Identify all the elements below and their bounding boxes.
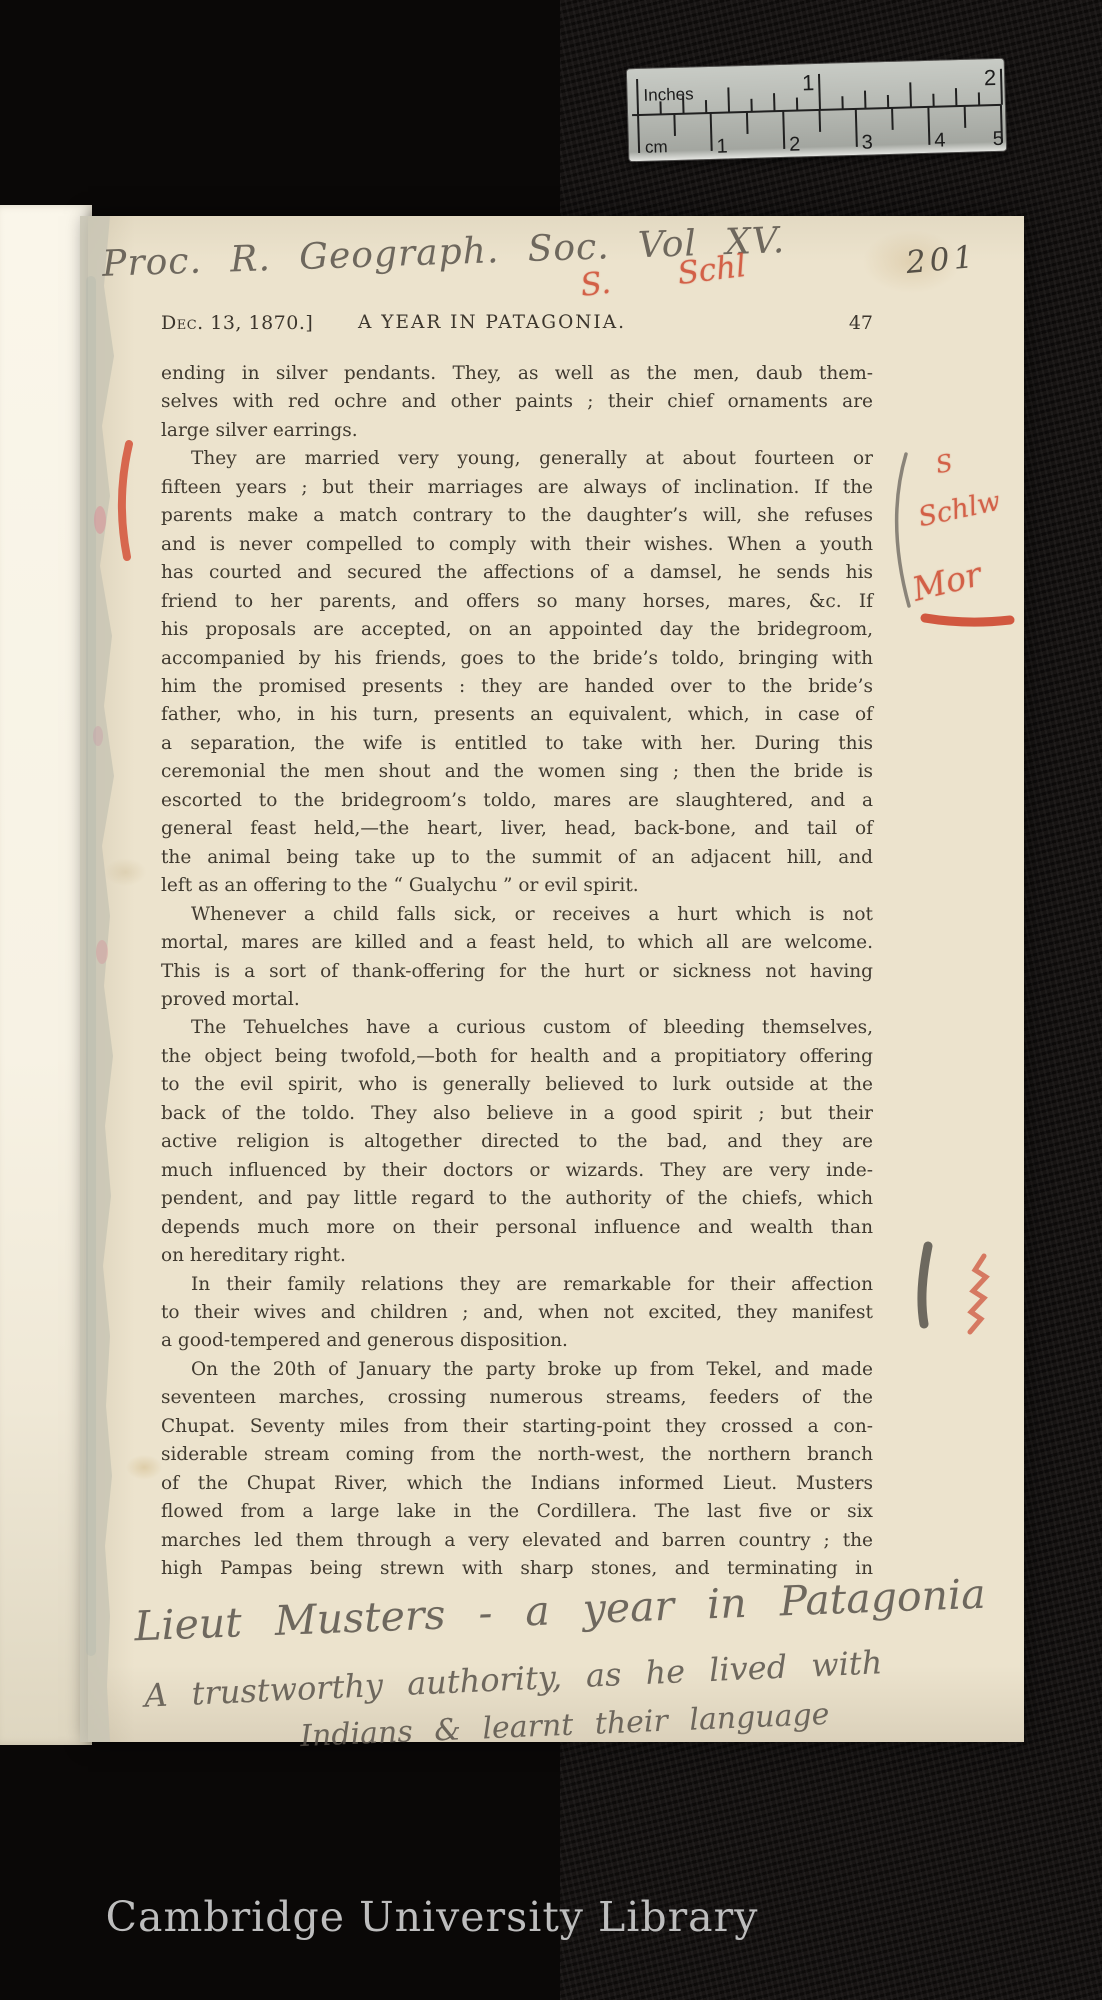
text-line: back of the toldo. They also believe in … — [161, 1100, 873, 1128]
facing-page-edge — [0, 205, 92, 1745]
printed-body-text: ending in silver pendants. They, as well… — [161, 360, 873, 1583]
text-line: his proposals are accepted, on an appoin… — [161, 616, 873, 644]
text-line: on hereditary right. — [161, 1242, 873, 1270]
text-line: a separation, the wife is entitled to ta… — [161, 730, 873, 758]
text-line: escorted to the bridegroom’s toldo, mare… — [161, 787, 873, 815]
ruler-tick — [783, 111, 784, 149]
text-line: a good-tempered and generous disposition… — [161, 1327, 873, 1355]
text-line: Chupat. Seventy miles from their startin… — [161, 1413, 873, 1441]
text-line: much influenced by their doctors or wiza… — [161, 1157, 873, 1185]
pencil-bracket-right-margin — [897, 454, 909, 606]
ruler-inches-label: Inches — [643, 84, 694, 104]
pink-speck — [96, 940, 108, 964]
text-line: to their wives and children ; and, when … — [161, 1299, 873, 1327]
text-line: selves with red ochre and other paints ;… — [161, 388, 873, 416]
text-line: marches led them through a very elevated… — [161, 1527, 873, 1555]
red-margin-note-3: Mor — [908, 554, 985, 609]
text-line: This is a sort of thank-offering for the… — [161, 958, 873, 986]
ruler-tick — [674, 114, 675, 136]
ruler-number: 4 — [934, 129, 946, 151]
text-line: pendent, and pay little regard to the au… — [161, 1185, 873, 1213]
ruler-number: 2 — [984, 65, 997, 90]
ruler-number: 2 — [789, 133, 801, 155]
ruler-number: 3 — [861, 131, 873, 153]
text-line: flowed from a large lake in the Cordille… — [161, 1498, 873, 1526]
ruler-tick — [819, 110, 820, 132]
ruler-tick — [747, 112, 748, 134]
pencil-folio-number: 201 — [905, 239, 979, 281]
ruler-tick — [910, 82, 911, 107]
text-line: to the evil spirit, who is generally bel… — [161, 1071, 873, 1099]
text-line: seventeen marches, crossing numerous str… — [161, 1384, 873, 1412]
text-line: ceremonial the men shout and the women s… — [161, 758, 873, 786]
deckle-blue-streak — [86, 276, 96, 1656]
red-squiggle-right-margin — [970, 1256, 986, 1332]
pink-speck — [94, 506, 106, 534]
ruler-tick — [865, 91, 866, 109]
pink-speck — [93, 726, 103, 746]
text-line: ending in silver pendants. They, as well… — [161, 360, 873, 388]
header-title: A YEAR IN PATAGONIA. — [161, 312, 823, 333]
red-margin-note-2: Schlw — [916, 486, 1003, 534]
text-line: general feast held,—the heart, liver, he… — [161, 815, 873, 843]
ruler-tick — [1001, 69, 1002, 105]
ruler-tick — [632, 105, 1001, 115]
ruler-tick — [774, 93, 775, 111]
ruler-tick — [956, 88, 957, 106]
text-line: accompanied by his friends, goes to the … — [161, 645, 873, 673]
ruler-tick — [637, 79, 638, 115]
photographic-scale-ruler: Inches cm 1212345 — [627, 59, 1006, 161]
text-line: parents make a match contrary to the dau… — [161, 502, 873, 530]
text-line: friend to her parents, and offers so man… — [161, 588, 873, 616]
torn-page-edge — [80, 216, 124, 1742]
ruler-scale: Inches cm 1212345 — [627, 59, 1006, 161]
text-line: and is never compelled to comply with th… — [161, 531, 873, 559]
text-line: On the 20th of January the party broke u… — [161, 1356, 873, 1384]
ruler-tick — [728, 87, 729, 112]
document-page: Proc. R. Geograph. Soc. Vol XV. S. Schl … — [88, 216, 1024, 1742]
text-line: active religion is altogether directed t… — [161, 1128, 873, 1156]
text-line: proved mortal. — [161, 986, 873, 1014]
ruler-tick — [928, 107, 929, 145]
text-line: depends much more on their personal infl… — [161, 1214, 873, 1242]
ruler-tick — [819, 74, 820, 110]
ruler-tick — [892, 108, 893, 130]
ruler-tick — [965, 106, 966, 128]
ruler-number: 5 — [992, 128, 1004, 150]
text-line: In their family relations they are remar… — [161, 1271, 873, 1299]
text-line: the object being twofold,—both for healt… — [161, 1043, 873, 1071]
printed-running-header: Dec. 13, 1870.] A YEAR IN PATAGONIA. 47 — [161, 312, 873, 338]
ruler-number: 1 — [802, 70, 815, 95]
text-line: left as an offering to the “ Gualychu ” … — [161, 872, 873, 900]
ruler-tick — [683, 96, 684, 114]
text-line: father, who, in his turn, presents an eq… — [161, 701, 873, 729]
text-line: They are married very young, generally a… — [161, 445, 873, 473]
pencil-stroke-right-margin — [922, 1246, 928, 1324]
ruler-tick — [638, 115, 639, 153]
red-underline-right-margin — [925, 618, 1010, 622]
ruler-tick — [856, 109, 857, 147]
library-scan-scene: Inches cm 1212345 Proc. R. Geograph. Soc… — [0, 0, 1102, 2000]
text-line: him the promised presents : they are han… — [161, 673, 873, 701]
ruler-cm-label: cm — [645, 137, 668, 157]
red-margin-note-1: S — [934, 449, 955, 479]
text-line: the animal being take up to the summit o… — [161, 844, 873, 872]
header-page-number: 47 — [849, 312, 873, 334]
text-line: large silver earrings. — [161, 417, 873, 445]
text-line: Whenever a child falls sick, or receives… — [161, 901, 873, 929]
ruler-number: 1 — [716, 135, 728, 157]
text-line: The Tehuelches have a curious custom of … — [161, 1014, 873, 1042]
text-line: mortal, mares are killed and a feast hel… — [161, 929, 873, 957]
library-watermark: Cambridge University Library — [0, 1893, 864, 1941]
text-line: siderable stream coming from the north-w… — [161, 1441, 873, 1469]
ruler-tick — [711, 113, 712, 151]
text-line: fifteen years ; but their marriages are … — [161, 474, 873, 502]
text-line: of the Chupat River, which the Indians i… — [161, 1470, 873, 1498]
text-line: has courted and secured the affections o… — [161, 559, 873, 587]
deckle-shape — [80, 216, 114, 1742]
